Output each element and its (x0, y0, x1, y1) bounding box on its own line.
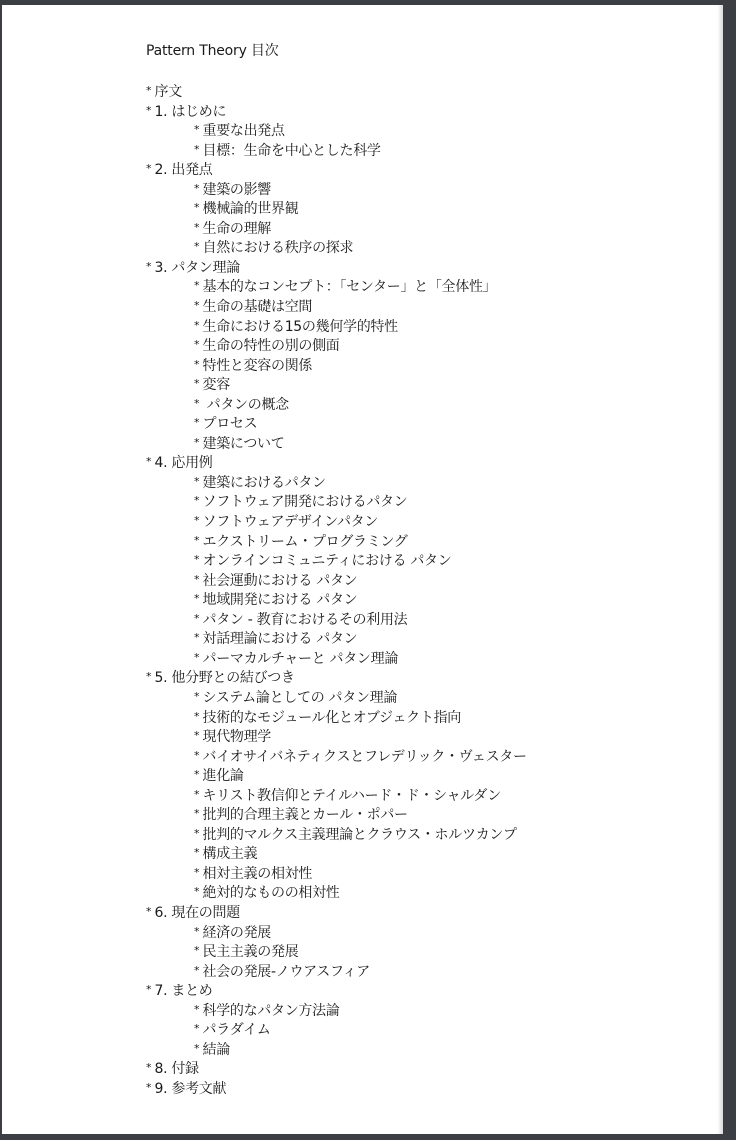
bullet-asterisk: * (194, 570, 200, 590)
bullet-asterisk: * (194, 237, 200, 257)
bullet-asterisk: * (194, 413, 200, 433)
toc-section-item: *キリスト教信仰とテイルハード・ド・シャルダン (146, 785, 527, 805)
toc-item-label: パタン - 教育におけるその利用法 (203, 612, 408, 628)
toc-section-item: *結論 (146, 1039, 527, 1059)
toc-chapter-item: *5. 他分野との結びつき (146, 667, 527, 687)
toc-item-label: エクストリーム・プログラミング (203, 534, 408, 550)
bullet-asterisk: * (194, 922, 200, 942)
bullet-asterisk: * (146, 257, 152, 277)
toc-section-item: *建築の影響 (146, 179, 527, 199)
toc-item-label: 生命における15の幾何学的特性 (203, 319, 398, 335)
toc-section-item: *ソフトウェア開発におけるパタン (146, 491, 527, 511)
toc-chapter-item: *序文 (146, 81, 527, 101)
bullet-asterisk: * (194, 843, 200, 863)
bullet-asterisk: * (194, 335, 200, 355)
toc-chapter-item: *7. まとめ (146, 980, 527, 1000)
toc-chapter-item: *2. 出発点 (146, 159, 527, 179)
toc-section-item: *パーマカルチャーと パタン理論 (146, 648, 527, 668)
toc-section-item: *民主主義の発展 (146, 941, 527, 961)
toc-item-label: 自然における秩序の探求 (203, 240, 354, 256)
toc-item-label: 社会運動における パタン (203, 573, 358, 589)
document-title: Pattern Theory 目次 (146, 41, 527, 61)
bullet-asterisk: * (146, 1058, 152, 1078)
bullet-asterisk: * (194, 941, 200, 961)
toc-section-item: *生命の基礎は空間 (146, 296, 527, 316)
toc-item-label: 3. パタン理論 (155, 260, 240, 276)
toc-item-label: 地域開発における パタン (203, 592, 358, 608)
toc-section-item: *絶対的なものの相対性 (146, 882, 527, 902)
toc-item-label: パーマカルチャーと パタン理論 (203, 651, 399, 667)
toc-chapter-item: *8. 付録 (146, 1058, 527, 1078)
bullet-asterisk: * (194, 531, 200, 551)
toc-section-item: *社会の発展-ノウアスフィア (146, 961, 527, 981)
bullet-asterisk: * (194, 628, 200, 648)
bullet-asterisk: * (194, 374, 200, 394)
bullet-asterisk: * (194, 687, 200, 707)
toc-item-label: 6. 現在の問題 (155, 905, 240, 921)
toc-section-item: *現代物理学 (146, 726, 527, 746)
toc-item-label: 経済の発展 (203, 925, 272, 941)
bullet-asterisk: * (146, 81, 152, 101)
toc-section-item: *批判的マルクス主義理論とクラウス・ホルツカンプ (146, 824, 527, 844)
toc-section-item: *科学的なパタン方法論 (146, 1000, 527, 1020)
toc-item-label: 技術的なモジュール化とオブジェクト指向 (203, 710, 461, 726)
bullet-asterisk: * (146, 980, 152, 1000)
toc-item-label: パタンの概念 (203, 397, 289, 413)
bullet-asterisk: * (194, 746, 200, 766)
toc-item-label: 8. 付録 (155, 1061, 199, 1077)
bullet-asterisk: * (194, 648, 200, 668)
toc-section-item: *重要な出発点 (146, 120, 527, 140)
bullet-asterisk: * (194, 140, 200, 160)
bullet-asterisk: * (194, 824, 200, 844)
page-edge-shadow (719, 5, 723, 1134)
bullet-asterisk: * (194, 198, 200, 218)
toc-section-item: *生命における15の幾何学的特性 (146, 316, 527, 336)
bullet-asterisk: * (194, 1019, 200, 1039)
toc-item-label: 生命の基礎は空間 (203, 299, 313, 315)
toc-section-item: *生命の理解 (146, 218, 527, 238)
toc-item-label: 科学的なパタン方法論 (203, 1003, 340, 1019)
toc-chapter-item: *4. 応用例 (146, 452, 527, 472)
toc-item-label: 1. はじめに (155, 104, 227, 120)
table-of-contents: *序文*1. はじめに*重要な出発点*目標：生命を中心とした科学*2. 出発点*… (146, 81, 527, 1097)
toc-section-item: *社会運動における パタン (146, 570, 527, 590)
toc-item-label: 序文 (155, 84, 182, 100)
bullet-asterisk: * (194, 511, 200, 531)
bullet-asterisk: * (194, 1000, 200, 1020)
bullet-asterisk: * (146, 101, 152, 121)
toc-item-label: バイオサイバネティクスとフレデリック・ヴェスター (203, 749, 527, 765)
toc-item-label: 建築の影響 (203, 182, 272, 198)
toc-section-item: *対話理論における パタン (146, 628, 527, 648)
toc-section-item: *批判的合理主義とカール・ポパー (146, 804, 527, 824)
toc-section-item: *プロセス (146, 413, 527, 433)
toc-item-label: 機械論的世界観 (203, 201, 299, 217)
bullet-asterisk: * (194, 433, 200, 453)
toc-item-label: プロセス (203, 416, 258, 432)
bullet-asterisk: * (146, 1078, 152, 1098)
bullet-asterisk: * (194, 882, 200, 902)
bullet-asterisk: * (194, 863, 200, 883)
toc-item-label: 結論 (203, 1042, 230, 1058)
toc-chapter-item: *1. はじめに (146, 101, 527, 121)
toc-section-item: *機械論的世界観 (146, 198, 527, 218)
toc-item-label: 4. 応用例 (155, 455, 213, 471)
bullet-asterisk: * (194, 550, 200, 570)
toc-section-item: *パラダイム (146, 1019, 527, 1039)
toc-item-label: 特性と変容の関係 (203, 358, 313, 374)
toc-section-item: *基本的なコンセプト：「センター」と「全体性」 (146, 276, 527, 296)
toc-chapter-item: *9. 参考文献 (146, 1078, 527, 1098)
title-spacer (146, 61, 527, 81)
toc-item-label: 基本的なコンセプト：「センター」と「全体性」 (203, 279, 497, 295)
toc-section-item: *建築におけるパタン (146, 472, 527, 492)
toc-item-label: 民主主義の発展 (203, 944, 299, 960)
toc-item-label: キリスト教信仰とテイルハード・ド・シャルダン (203, 788, 501, 804)
toc-section-item: *構成主義 (146, 843, 527, 863)
toc-section-item: *ソフトウェアデザインパタン (146, 511, 527, 531)
toc-section-item: * パタンの概念 (146, 394, 527, 414)
toc-item-label: 対話理論における パタン (203, 631, 358, 647)
toc-item-label: 変容 (203, 377, 230, 393)
bullet-asterisk: * (194, 961, 200, 981)
toc-item-label: 相対主義の相対性 (203, 866, 313, 882)
toc-section-item: *自然における秩序の探求 (146, 237, 527, 257)
bullet-asterisk: * (194, 589, 200, 609)
toc-section-item: *技術的なモジュール化とオブジェクト指向 (146, 707, 527, 727)
toc-item-label: 生命の特性の別の側面 (203, 338, 340, 354)
toc-section-item: *相対主義の相対性 (146, 863, 527, 883)
document-page: Pattern Theory 目次 *序文*1. はじめに*重要な出発点*目標：… (2, 5, 723, 1134)
bullet-asterisk: * (194, 765, 200, 785)
bullet-asterisk: * (194, 785, 200, 805)
toc-item-label: オンラインコミュニティにおける パタン (203, 553, 452, 569)
toc-section-item: *変容 (146, 374, 527, 394)
toc-section-item: *生命の特性の別の側面 (146, 335, 527, 355)
bullet-asterisk: * (194, 394, 200, 414)
bullet-asterisk: * (194, 491, 200, 511)
toc-section-item: *バイオサイバネティクスとフレデリック・ヴェスター (146, 746, 527, 766)
toc-item-label: 建築について (203, 436, 285, 452)
bullet-asterisk: * (194, 355, 200, 375)
toc-item-label: 生命の理解 (203, 221, 272, 237)
toc-section-item: *システム論としての パタン理論 (146, 687, 527, 707)
toc-item-label: 構成主義 (203, 846, 258, 862)
bullet-asterisk: * (194, 316, 200, 336)
toc-section-item: *目標：生命を中心とした科学 (146, 140, 527, 160)
toc-item-label: 目標：生命を中心とした科学 (203, 143, 381, 159)
bullet-asterisk: * (146, 667, 152, 687)
toc-item-label: 絶対的なものの相対性 (203, 885, 340, 901)
bullet-asterisk: * (194, 296, 200, 316)
viewer-frame: Pattern Theory 目次 *序文*1. はじめに*重要な出発点*目標：… (0, 0, 736, 1140)
bullet-asterisk: * (194, 218, 200, 238)
toc-item-label: パラダイム (203, 1022, 271, 1038)
toc-section-item: *地域開発における パタン (146, 589, 527, 609)
toc-item-label: ソフトウェアデザインパタン (203, 514, 379, 530)
bullet-asterisk: * (146, 159, 152, 179)
toc-item-label: 7. まとめ (155, 983, 213, 999)
bullet-asterisk: * (194, 707, 200, 727)
toc-section-item: *進化論 (146, 765, 527, 785)
bullet-asterisk: * (194, 609, 200, 629)
toc-item-label: 進化論 (203, 768, 244, 784)
toc-item-label: 現代物理学 (203, 729, 272, 745)
toc-section-item: *特性と変容の関係 (146, 355, 527, 375)
toc-section-item: *エクストリーム・プログラミング (146, 531, 527, 551)
bullet-asterisk: * (194, 179, 200, 199)
toc-item-label: 建築におけるパタン (203, 475, 326, 491)
bullet-asterisk: * (194, 726, 200, 746)
bullet-asterisk: * (194, 1039, 200, 1059)
toc-item-label: ソフトウェア開発におけるパタン (203, 494, 408, 510)
toc-section-item: *経済の発展 (146, 922, 527, 942)
bullet-asterisk: * (194, 276, 200, 296)
toc-item-label: 社会の発展-ノウアスフィア (203, 964, 370, 980)
toc-section-item: *オンラインコミュニティにおける パタン (146, 550, 527, 570)
toc-item-label: 批判的マルクス主義理論とクラウス・ホルツカンプ (203, 827, 517, 843)
toc-section-item: *建築について (146, 433, 527, 453)
toc-item-label: 重要な出発点 (203, 123, 285, 139)
document-content: Pattern Theory 目次 *序文*1. はじめに*重要な出発点*目標：… (146, 41, 527, 1097)
bullet-asterisk: * (194, 472, 200, 492)
bullet-asterisk: * (194, 120, 200, 140)
bullet-asterisk: * (146, 452, 152, 472)
bullet-asterisk: * (194, 804, 200, 824)
toc-item-label: 批判的合理主義とカール・ポパー (203, 807, 408, 823)
toc-chapter-item: *6. 現在の問題 (146, 902, 527, 922)
toc-section-item: *パタン - 教育におけるその利用法 (146, 609, 527, 629)
toc-chapter-item: *3. パタン理論 (146, 257, 527, 277)
toc-item-label: 2. 出発点 (155, 162, 213, 178)
toc-item-label: 9. 参考文献 (155, 1081, 227, 1097)
bullet-asterisk: * (146, 902, 152, 922)
toc-item-label: システム論としての パタン理論 (203, 690, 398, 706)
toc-item-label: 5. 他分野との結びつき (155, 670, 295, 686)
